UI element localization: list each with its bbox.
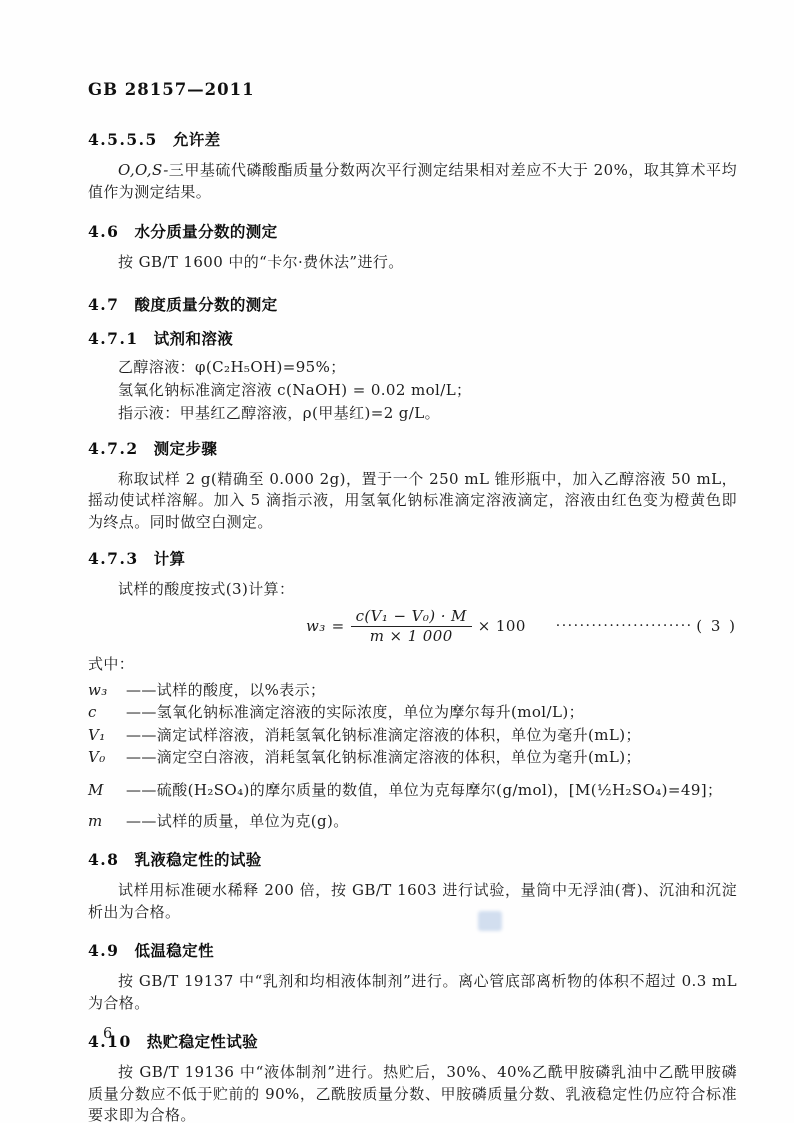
symbol-description: ——滴定试样溶液，消耗氢氧化钠标准滴定溶液的体积，单位为毫升(mL)； — [126, 724, 737, 747]
section-title: 热贮稳定性试验 — [147, 1030, 258, 1052]
fraction-denominator: m × 1 000 — [370, 627, 453, 644]
section-number: 4.8 — [88, 850, 119, 869]
reagent-line: 氢氧化钠标准滴定溶液 c(NaOH) = 0.02 mol/L； — [88, 379, 737, 402]
where-label: 式中： — [88, 653, 737, 675]
section-heading-4-10: 4.10 热贮稳定性试验 — [88, 1030, 737, 1052]
section-number: 4.5.5.5 — [88, 130, 158, 149]
section-number: 4.7.3 — [88, 549, 139, 568]
paragraph-procedure: 称取试样 2 g(精确至 0.000 2g)，置于一个 250 mL 锥形瓶中，… — [88, 469, 737, 534]
section-heading-4-7: 4.7 酸度质量分数的测定 — [88, 293, 737, 315]
paragraph-allowed-difference: O,O,S-三甲基硫代磷酸酯质量分数两次平行测定结果相对差应不大于 20%，取其… — [88, 160, 737, 203]
section-heading-4-7-2: 4.7.2 测定步骤 — [88, 437, 737, 459]
faint-watermark — [478, 911, 502, 931]
paragraph-low-temp-stability: 按 GB/T 19137 中“乳剂和均相液体制剂”进行。离心管底部离析物的体积不… — [88, 971, 737, 1014]
section-number: 4.7.2 — [88, 439, 139, 458]
symbol-definition-item: w₃ ——试样的酸度，以%表示； — [88, 679, 737, 702]
reagent-line: 指示液：甲基红乙醇溶液，ρ(甲基红)=2 g/L。 — [88, 402, 737, 425]
symbol-description: ——试样的酸度，以%表示； — [126, 679, 737, 702]
page-number: 6 — [103, 1026, 113, 1042]
fraction-numerator: c(V₁ − V₀) · M — [351, 609, 472, 627]
symbol: V₀ — [88, 746, 126, 769]
equation-lhs: w₃ — [306, 619, 326, 634]
standard-number: GB 28157—2011 — [88, 80, 737, 99]
italic-compound-prefix: O,O,S- — [118, 161, 169, 179]
symbol-description: ——氢氧化钠标准滴定溶液的实际浓度，单位为摩尔每升(mol/L)； — [126, 701, 737, 724]
paragraph-heat-storage-stability: 按 GB/T 19136 中“液体制剂”进行。热贮后，30%、40%乙酰甲胺磷乳… — [88, 1062, 737, 1123]
section-title: 试剂和溶液 — [154, 327, 234, 349]
dotted-leader: ······························· — [556, 619, 690, 633]
symbol: w₃ — [88, 679, 126, 702]
section-title: 低温稳定性 — [134, 939, 214, 961]
equation-3: w₃ = c(V₁ − V₀) · M m × 1 000 × 100 ····… — [88, 609, 737, 644]
section-number: 4.7 — [88, 295, 119, 314]
symbol: M — [88, 777, 126, 803]
section-title: 水分质量分数的测定 — [134, 220, 277, 242]
symbol-definition-item: V₀ ——滴定空白溶液，消耗氢氧化钠标准滴定溶液的体积，单位为毫升(mL)； — [88, 746, 737, 769]
section-title: 计算 — [154, 547, 186, 569]
paragraph-text: 三甲基硫代磷酸酯质量分数两次平行测定结果相对差应不大于 20%，取其算术平均值作… — [88, 161, 737, 201]
document-page: GB 28157—2011 4.5.5.5 允许差 O,O,S-三甲基硫代磷酸酯… — [0, 0, 794, 1123]
section-title: 乳液稳定性的试验 — [134, 848, 261, 870]
equals-sign: = — [332, 619, 345, 634]
symbol-definition-item: M ——硫酸(H₂SO₄)的摩尔质量的数值，单位为克每摩尔(g/mol)，[M(… — [88, 777, 737, 803]
section-title: 酸度质量分数的测定 — [134, 293, 277, 315]
symbol-definition-item: c ——氢氧化钠标准滴定溶液的实际浓度，单位为摩尔每升(mol/L)； — [88, 701, 737, 724]
symbol: c — [88, 701, 126, 724]
section-number: 4.6 — [88, 222, 119, 241]
reagent-list: 乙醇溶液：φ(C₂H₅OH)=95%；氢氧化钠标准滴定溶液 c(NaOH) = … — [88, 356, 737, 425]
symbol-description: ——试样的质量，单位为克(g)。 — [126, 810, 737, 833]
section-heading-4-7-3: 4.7.3 计算 — [88, 547, 737, 569]
symbol: V₁ — [88, 724, 126, 747]
section-heading-4-9: 4.9 低温稳定性 — [88, 939, 737, 961]
section-heading-4-5-5-5: 4.5.5.5 允许差 — [88, 128, 737, 150]
symbol-description: ——硫酸(H₂SO₄)的摩尔质量的数值，单位为克每摩尔(g/mol)，[M(½H… — [126, 777, 737, 803]
symbol-definition-list: w₃ ——试样的酸度，以%表示； c ——氢氧化钠标准滴定溶液的实际浓度，单位为… — [88, 679, 737, 833]
section-number: 4.7.1 — [88, 329, 139, 348]
paragraph-moisture-method: 按 GB/T 1600 中的“卡尔·费休法”进行。 — [88, 252, 737, 274]
paragraph-calculation-intro: 试样的酸度按式(3)计算： — [88, 579, 737, 601]
symbol-description: ——滴定空白溶液，消耗氢氧化钠标准滴定溶液的体积，单位为毫升(mL)； — [126, 746, 737, 769]
section-heading-4-7-1: 4.7.1 试剂和溶液 — [88, 327, 737, 349]
equation-multiplier: × 100 — [478, 619, 526, 634]
section-number: 4.9 — [88, 941, 119, 960]
symbol: m — [88, 810, 126, 833]
equation-number: ( 3 ) — [696, 619, 737, 634]
symbol-definition-item: V₁ ——滴定试样溶液，消耗氢氧化钠标准滴定溶液的体积，单位为毫升(mL)； — [88, 724, 737, 747]
paragraph-emulsion-stability: 试样用标准硬水稀释 200 倍，按 GB/T 1603 进行试验，量筒中无浮油(… — [88, 880, 737, 923]
equation-fraction: c(V₁ − V₀) · M m × 1 000 — [351, 609, 472, 644]
section-heading-4-6: 4.6 水分质量分数的测定 — [88, 220, 737, 242]
symbol-definition-item: m ——试样的质量，单位为克(g)。 — [88, 810, 737, 833]
section-heading-4-8: 4.8 乳液稳定性的试验 — [88, 848, 737, 870]
section-title: 测定步骤 — [154, 437, 218, 459]
section-title: 允许差 — [173, 128, 221, 150]
reagent-line: 乙醇溶液：φ(C₂H₅OH)=95%； — [88, 356, 737, 379]
equation-body: w₃ = c(V₁ − V₀) · M m × 1 000 × 100 — [306, 609, 526, 644]
